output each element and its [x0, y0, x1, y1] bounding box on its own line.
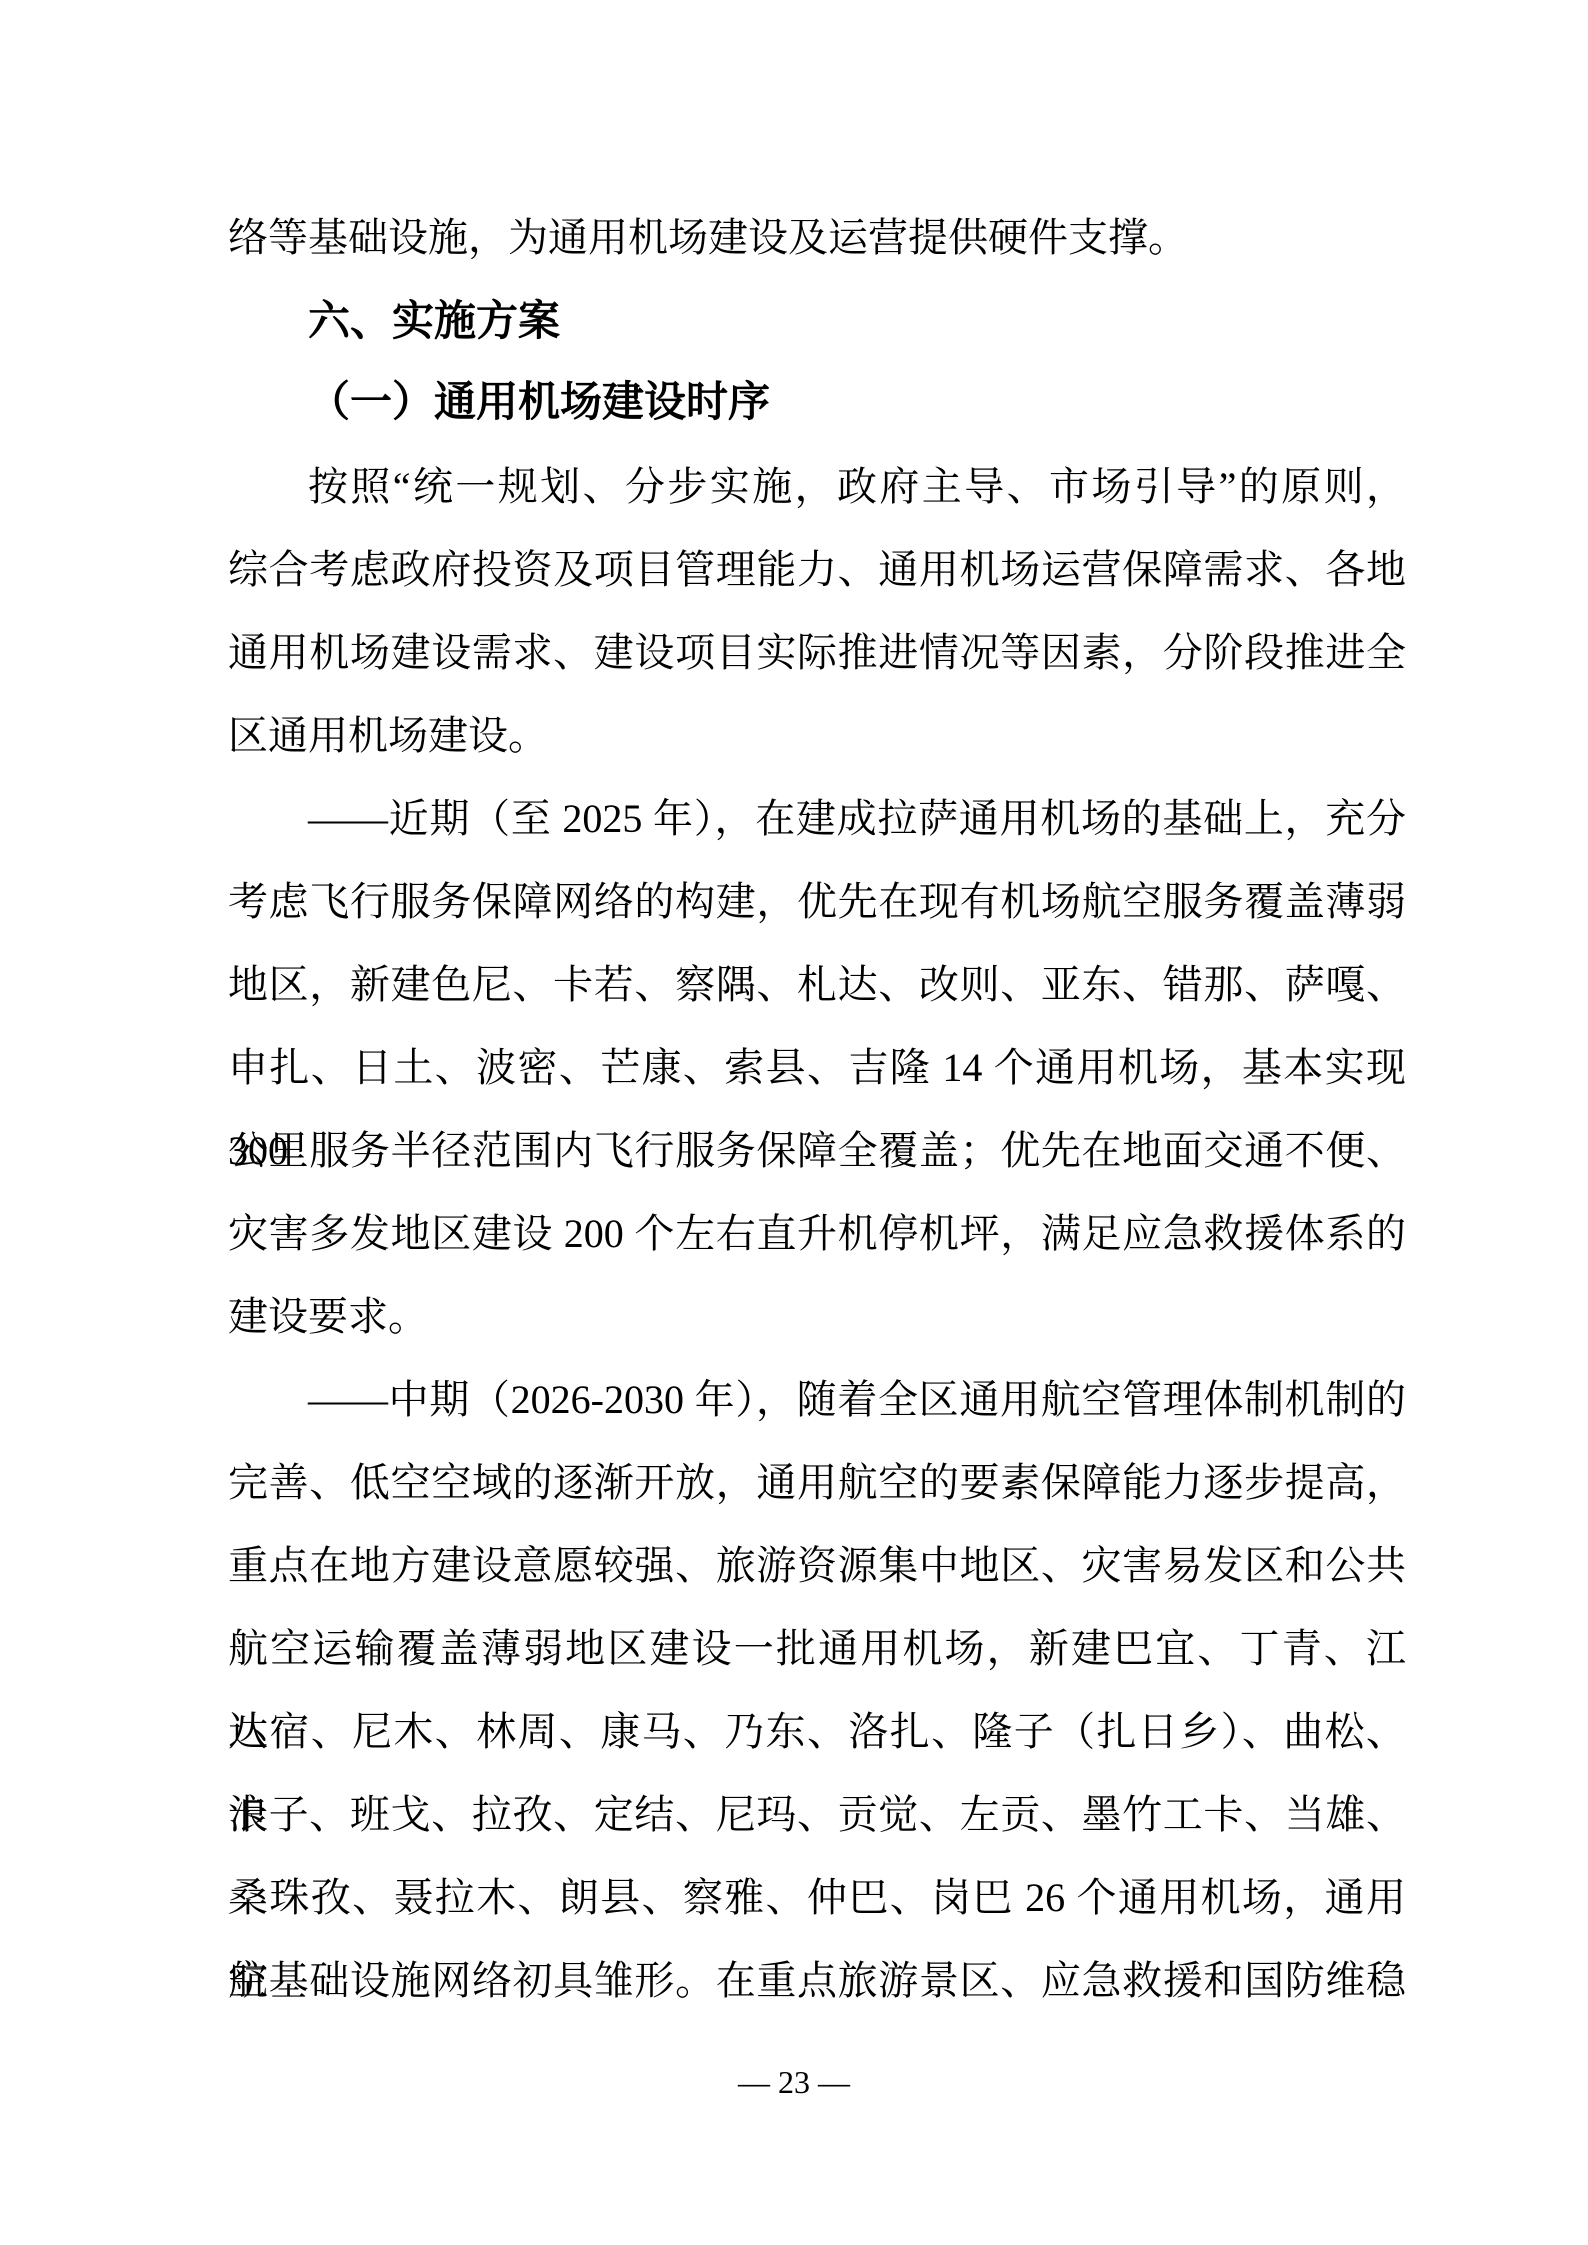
text-line-21: 桑珠孜、聂拉木、朗县、察雅、仲巴、岗巴 26 个通用机场，通用航 — [228, 1856, 1406, 1939]
text-line-8: ——近期（至 2025 年），在建成拉萨通用机场的基础上，充分 — [228, 777, 1406, 860]
text-line-10: 地区，新建色尼、卡若、察隅、札达、改则、亚东、错那、萨嘎、 — [228, 943, 1406, 1026]
text-line-3: （一）通用机场建设时序 — [228, 362, 1406, 445]
text-line-7: 区通用机场建设。 — [228, 694, 1406, 777]
text-line-1: 络等基础设施，为通用机场建设及运营提供硬件支撑。 — [228, 196, 1406, 279]
text-line-15: ——中期（2026-2030 年），随着全区通用航空管理体制机制的 — [228, 1358, 1406, 1441]
text-line-20: 卡子、班戈、拉孜、定结、尼玛、贡觉、左贡、墨竹工卡、当雄、 — [228, 1773, 1406, 1856]
text-line-4: 按照“统一规划、分步实施，政府主导、市场引导”的原则， — [228, 445, 1406, 528]
text-line-14: 建设要求。 — [228, 1275, 1406, 1358]
text-line-5: 综合考虑政府投资及项目管理能力、通用机场运营保障需求、各地 — [228, 528, 1406, 611]
text-line-19: 八宿、尼木、林周、康马、乃东、洛扎、隆子（扎日乡）、曲松、浪 — [228, 1690, 1406, 1773]
text-line-16: 完善、低空空域的逐渐开放，通用航空的要素保障能力逐步提高， — [228, 1441, 1406, 1524]
page-number: — 23 — — [0, 2062, 1588, 2102]
text-line-9: 考虑飞行服务保障网络的构建，优先在现有机场航空服务覆盖薄弱 — [228, 860, 1406, 943]
text-line-11: 申扎、日土、波密、芒康、索县、吉隆 14 个通用机场，基本实现 300 — [228, 1026, 1406, 1109]
document-page: 络等基础设施，为通用机场建设及运营提供硬件支撑。六、实施方案（一）通用机场建设时… — [0, 0, 1588, 2245]
text-line-12: 公里服务半径范围内飞行服务保障全覆盖；优先在地面交通不便、 — [228, 1109, 1406, 1192]
text-line-18: 航空运输覆盖薄弱地区建设一批通用机场，新建巴宜、丁青、江达、 — [228, 1607, 1406, 1690]
text-line-22: 空基础设施网络初具雏形。在重点旅游景区、应急救援和国防维稳 — [228, 1939, 1406, 2022]
text-line-2: 六、实施方案 — [228, 279, 1406, 362]
document-body: 络等基础设施，为通用机场建设及运营提供硬件支撑。六、实施方案（一）通用机场建设时… — [228, 196, 1406, 2022]
text-line-6: 通用机场建设需求、建设项目实际推进情况等因素，分阶段推进全 — [228, 611, 1406, 694]
text-line-13: 灾害多发地区建设 200 个左右直升机停机坪，满足应急救援体系的 — [228, 1192, 1406, 1275]
text-line-17: 重点在地方建设意愿较强、旅游资源集中地区、灾害易发区和公共 — [228, 1524, 1406, 1607]
